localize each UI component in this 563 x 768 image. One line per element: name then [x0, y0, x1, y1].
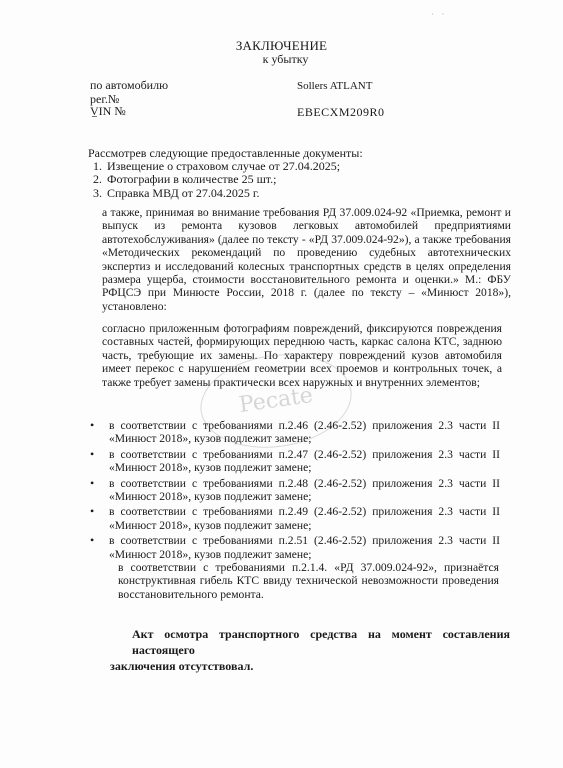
- inspection-note-line2: заключения отсутствовал.: [110, 658, 510, 674]
- documents-list: Извещение о страховом случае от 27.04.20…: [88, 160, 363, 200]
- car-label: по автомобилю: [90, 78, 168, 93]
- damage-paragraph: согласно приложенным фотографиям поврежд…: [102, 322, 502, 389]
- vin-value: EBECXM209R0: [297, 105, 385, 120]
- scan-marks: · ·: [431, 10, 447, 19]
- document-subtitle: к убытку: [0, 52, 563, 67]
- scan-dash: [92, 116, 97, 117]
- finding-item: в соответствии с требованиями п.2.47 (2.…: [102, 448, 500, 475]
- finding-item: в соответствии с требованиями п.2.49 (2.…: [102, 505, 500, 532]
- car-value: Sollers ATLANT: [297, 80, 372, 92]
- finding-item: в соответствии с требованиями п.2.46 (2.…: [102, 419, 500, 446]
- conclusion-paragraph: в соответствии с требованиями п.2.1.4. «…: [118, 561, 499, 601]
- documents-section: Рассмотрев следующие предоставленные док…: [88, 147, 363, 200]
- inspection-note: Акт осмотра транспортного средства на мо…: [110, 626, 510, 674]
- document-page: · · ЗАКЛЮЧЕНИЕ к убытку по автомобилю So…: [0, 0, 563, 768]
- document-item: Справка МВД от 27.04.2025 г.: [105, 187, 363, 200]
- findings-list: в соответствии с требованиями п.2.46 (2.…: [102, 419, 500, 563]
- inspection-note-line1: Акт осмотра транспортного средства на мо…: [110, 626, 510, 658]
- requirements-paragraph: а также, принимая во внимание требования…: [102, 206, 511, 313]
- finding-item: в соответствии с требованиями п.2.51 (2.…: [102, 534, 500, 561]
- document-item: Фотографии в количестве 25 шт.;: [105, 173, 363, 186]
- finding-item: в соответствии с требованиями п.2.48 (2.…: [102, 477, 500, 504]
